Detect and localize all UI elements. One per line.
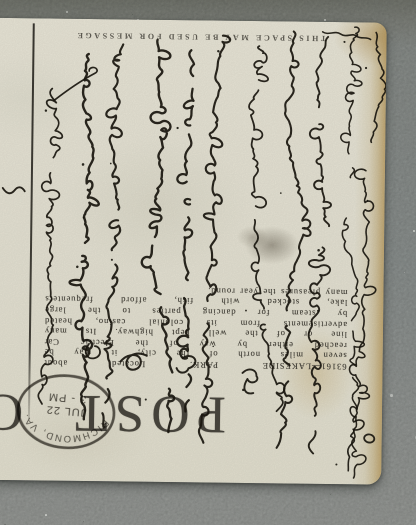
speckle xyxy=(330,494,331,495)
speckle xyxy=(413,230,415,232)
speckle xyxy=(45,514,47,516)
photo-background: THIS SPACE MAY BE USED FOR MESSAGE 63161… xyxy=(0,0,416,525)
speckle xyxy=(324,19,326,21)
speckle xyxy=(66,11,68,13)
handwriting-ink-layer xyxy=(0,17,387,484)
postcard: THIS SPACE MAY BE USED FOR MESSAGE 63161… xyxy=(0,17,387,484)
speckle xyxy=(404,272,405,273)
speckle xyxy=(390,394,393,397)
speckle xyxy=(132,14,133,15)
speckle xyxy=(83,521,84,522)
